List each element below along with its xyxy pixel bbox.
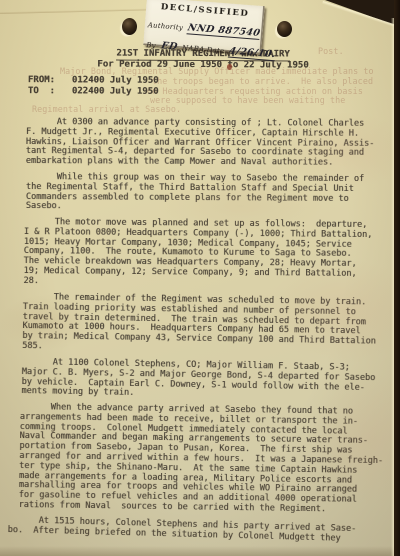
screenshot-root: { "colors": { "paper_top": "#e8deae", "p…	[0, 0, 400, 556]
paragraph-5: At 1100 Colonel Stephens, CO; Major Will…	[21, 358, 396, 404]
document-photo: Post.Major Bond, Regimental Supply Offic…	[0, 0, 400, 556]
punch-hole-left	[122, 18, 137, 35]
ghost-fragment: the troops began to arrive. He also plac…	[152, 76, 373, 86]
to-label: TO :	[28, 86, 72, 96]
photo-right-edge	[394, 0, 400, 556]
text-line: 28.	[23, 277, 395, 290]
to-row: TO :022400 July 1950	[28, 86, 159, 97]
paragraph-7: At 1515 hours, Colonel Stephens and his …	[7, 516, 395, 546]
by-value: ED	[160, 41, 178, 52]
paragraph-3: The motor move was planned and set up as…	[23, 218, 396, 290]
from-label: FROM:	[28, 75, 72, 85]
ghost-fragment: Regimental arrival at Sasebo.	[32, 104, 181, 114]
punch-hole-right	[277, 21, 292, 37]
from-value: 012400 July 1950	[72, 75, 159, 85]
paragraph-2: While this group was on their way to Sas…	[26, 173, 396, 214]
nara-date-label: NARA Date	[182, 44, 225, 55]
text-line: Sasebo.	[26, 202, 396, 214]
paragraph-1: At 0300 an advance party consisting of ;…	[26, 118, 396, 169]
page-subtitle: For Period 29 June 1950 to 22 July 1950	[0, 59, 400, 71]
paragraph-6: When the advance party arrived at Sasebo…	[18, 403, 395, 516]
paragraphs: At 0300 an advance party consisting of ;…	[24, 118, 396, 542]
authority-label: Authority	[147, 21, 183, 32]
bottom-shadow	[0, 546, 400, 556]
from-row: FROM:012400 July 1950	[28, 75, 159, 86]
text-line: embarkation plans with the Camp Mower an…	[26, 157, 396, 169]
paragraph-4: The remainder of the Regiment was schedu…	[22, 293, 396, 358]
declassified-stamp: DECL/SSIFIED Authority NND 887540 By ED …	[143, 0, 264, 54]
by-label: By	[146, 41, 156, 50]
to-value: 022400 July 1950	[72, 86, 159, 96]
